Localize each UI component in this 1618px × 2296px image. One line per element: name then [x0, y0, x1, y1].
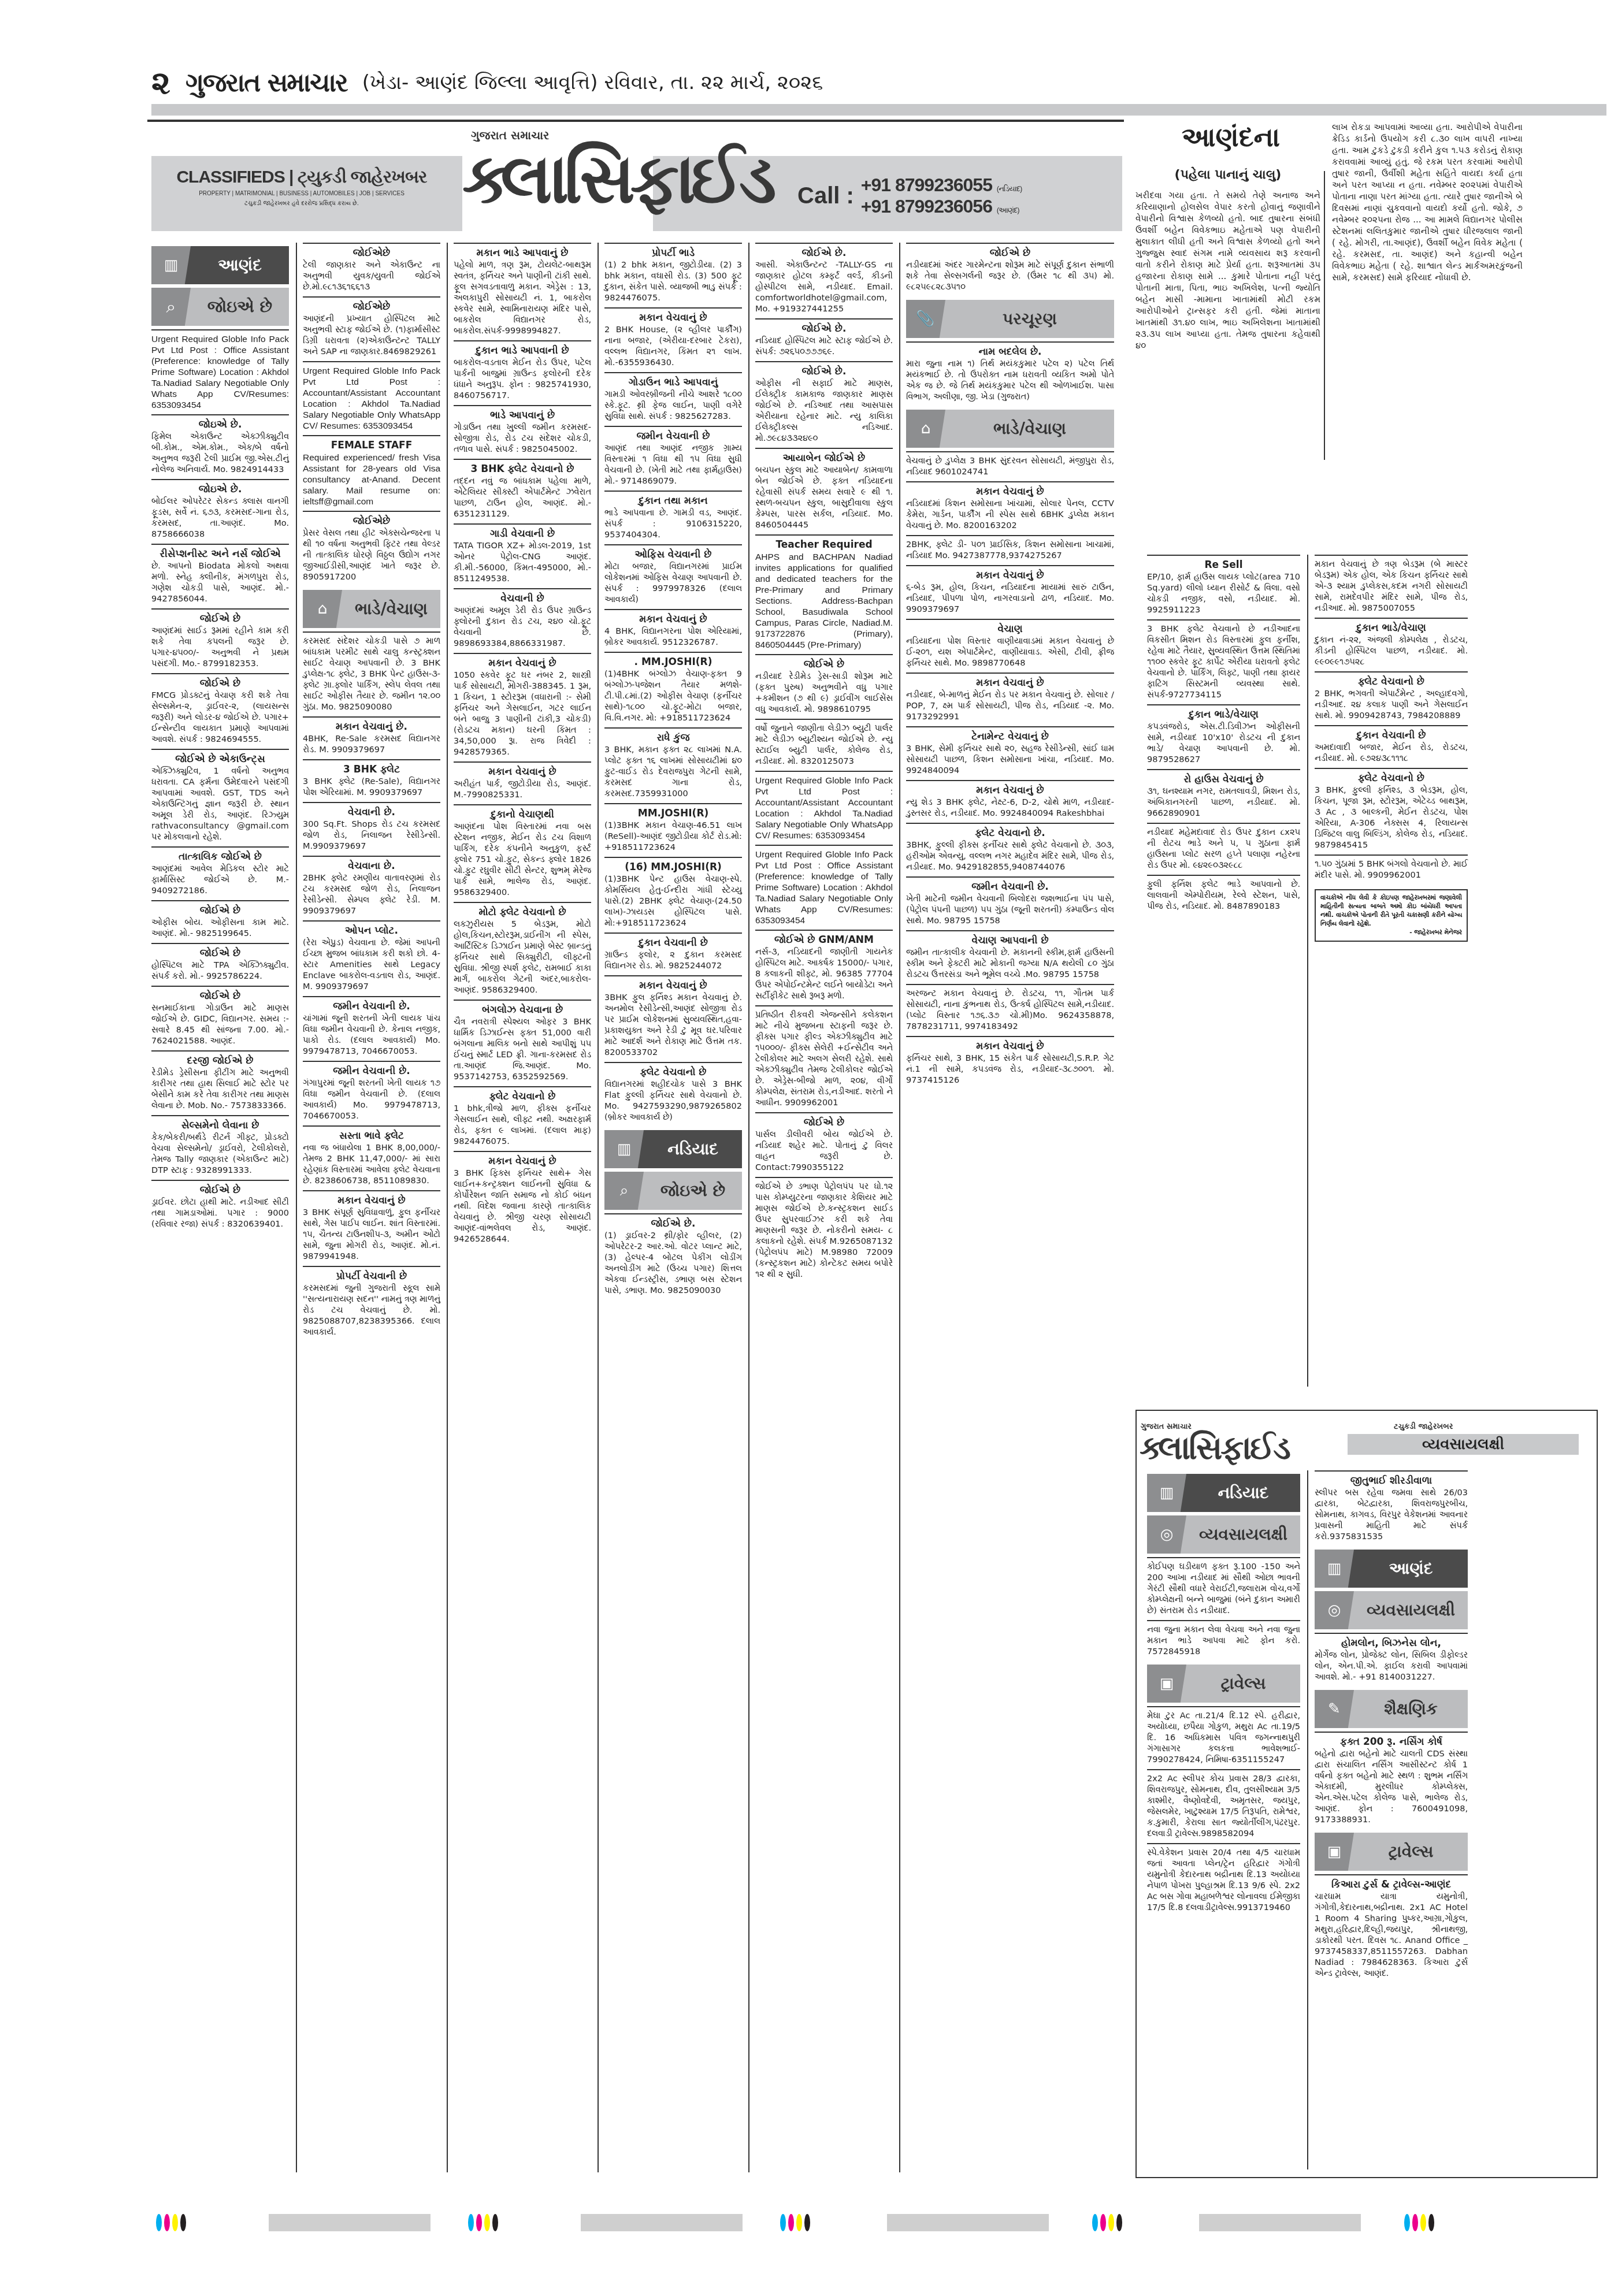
- classified-ad: જોઈએછેઆણંદની પ્રખ્યાત હોસ્પિટલ માટે અનુભ…: [303, 296, 440, 361]
- edition-date: (ખેડા- આણંદ જિલ્લા આવૃત્તિ) રવિવાર, તા. …: [362, 71, 823, 94]
- ad-title: Re Sell: [1147, 559, 1300, 571]
- ad-body: ગામડી ઓવરબ્રીજની નીચે આશરે ૧૮૦૦ સ્કે.ફૂટ…: [604, 389, 742, 422]
- ad-title: જોઇએ છે.: [151, 484, 289, 495]
- column-8: મકાન વેચવાનું છે ત્રણ બેડરૂમ (બે માસ્ટર …: [1315, 555, 1468, 942]
- ad-title: દુકાન વેચવાની છે: [604, 937, 742, 949]
- top-grey-bar-right: [1121, 104, 1606, 116]
- ad-body: ચાંગામાં જૂની શરતની ખેતી લાયક પાંચ વિઘા …: [303, 1013, 440, 1057]
- ad-body: આણંદમાં આવેલ મેડિકલ સ્ટોર માટે ફાર્માસિસ…: [151, 864, 289, 897]
- ad-body: ન્યુ શેડ 3 BHK ફ્લેટ, નેક્ષ્ટ-6, D-2, ચો…: [906, 797, 1114, 819]
- ad-body: ડ્રાઈવર. છોટા હાથી માટે. નડીઆદ સીટી તથા …: [151, 1197, 289, 1230]
- classified-ad: જમીન વેચવાની છે.ખેતી માટેની જમીન વેચવાની…: [906, 876, 1114, 930]
- mini-logo: ક્લાસિફાઈડ: [1140, 1429, 1289, 1467]
- ad-title: વેચાણ: [906, 623, 1114, 635]
- ad-body: આણંદની પ્રખ્યાત હોસ્પિટલ માટે અનુભવી સ્ટ…: [303, 314, 440, 358]
- ad-title: ફક્ત 200 રૂ. નર્સિંગ કોર્ષ: [1315, 1736, 1468, 1748]
- ad-title: જોઈએ છે: [151, 613, 289, 625]
- ad-body: TATA TIGOR XZ+ મોડલ-2019, 1st ઓનર પેટ્રો…: [454, 541, 591, 585]
- classified-ad: વેચવાની છે.300 Sq.Ft. Shops રોડ ટચ કરમસદ…: [303, 802, 440, 856]
- classified-ad: જમીન વેચવાની છે.ગંગાપુરમાં જૂની શરતની ખે…: [303, 1061, 440, 1125]
- ad-body: ફર્નિચર સાથે, 3 BHK, 15 સંકેત પાર્ક સોસા…: [906, 1053, 1114, 1086]
- column-rule: [447, 243, 448, 2172]
- ad-title: જોઈએ છે: [755, 1117, 893, 1128]
- phone-anand[interactable]: +91 8799236056 (આણંદ): [861, 196, 1022, 217]
- ad-body: નડિયાદ હોસ્પિટલ માટે સ્ટાફ જોઈએ છે. સંપર…: [755, 336, 893, 358]
- ad-title: મકાન વેચવાનું છે: [906, 785, 1114, 796]
- ad-title: જમીન વેચવાની છે.: [303, 1065, 440, 1077]
- classified-ad: નવા જુના મકાન લેવા વેચવા અને નવા જુના મક…: [1147, 1620, 1300, 1661]
- ad-body: 3 BHK, સેમી ફર્નિચર સાથે ૨૦, સહજ રેસીડેન…: [906, 744, 1114, 777]
- ad-body: આણંદમાં સાઈડ રૂમમાં રહીને કામ કરી શકે તે…: [151, 626, 289, 670]
- ad-title: રીસેપ્શનીસ્ટ અને નર્સ જોઈએ: [151, 548, 289, 560]
- classified-ad: આયાબેન જોઈએ છેબચપન સ્કુલ માટે આયાબેન/ કા…: [755, 448, 893, 534]
- ad-body: ૧.૫૦ ગુંઠામાં 5 BHK બંગલો વેચવાનો છે. મા…: [1315, 859, 1468, 881]
- section-anand: ▥આણંદ: [151, 246, 289, 284]
- ad-body: કેક/બેકરી/બર્થડે રીટર્ન ગીફ્ટ, પ્રોડક્ટો…: [151, 1132, 289, 1176]
- ad-body: નડીયાદ મહેમદાવાદ રોડ ઉપર દુકાન ૮x૨૫ ની ર…: [1147, 827, 1300, 871]
- ad-title: દુકાન વેચવાની છે: [1315, 730, 1468, 741]
- section-wanted: ⌕જોઇએ છે: [604, 1172, 742, 1210]
- ad-body: Urgent Required Globle Info Pack Pvt Ltd…: [755, 849, 893, 926]
- ad-body: મોર્ગેજ લોન, પ્રોજેક્ટ લોન, સિબિલ ડીફોલ્…: [1315, 1650, 1468, 1683]
- classified-ad: ટેનામેન્ટ વેચવાનું છે3 BHK, સેમી ફર્નિચર…: [906, 726, 1114, 780]
- classified-ad: જીતુભાઈ શીરડીવાળાસ્લીપર બસ રહેવા જમવા સા…: [1315, 1470, 1468, 1546]
- ad-body: જોઈએ છે ડભાણ પેટ્રોલપંપ પર ધો.૧૨ પાસ કોમ…: [755, 1182, 893, 1280]
- banner-left: CLASSIFIEDS | ટ્યુકડી જાહેરખબર PROPERTY …: [151, 168, 452, 207]
- classified-ad: કરમસદ સંદેશર ચોકડી પાસે ૭ માળ બાંધકામ પર…: [303, 631, 440, 716]
- print-registration-marks: [0, 2214, 1618, 2243]
- column-rule: [598, 243, 599, 2172]
- ad-title: વેચવાની છે: [454, 593, 591, 604]
- classified-ad: જોઈએ છે એકાઉન્ટ્સએક્ઝિક્યુટિવ, 1 વર્ષનો …: [151, 749, 289, 846]
- ad-body: (1)3BHK પેન્ટ હાઉસ વેચાણ-સ્પે. કોમર્સિયલ…: [604, 874, 742, 929]
- ad-title: FEMALE STAFF: [303, 440, 440, 451]
- ad-body: તદ્દન નવું જ બાંધકામ પહેલા માળે, એટેલિયર…: [454, 476, 591, 520]
- section-travels: ▣ટ્રાવેલ્સ: [1147, 1665, 1300, 1703]
- ad-body: ૩૧, ઘનશ્યામ નગર, રામતલાવડી, મિશન રોડ, અં…: [1147, 786, 1300, 819]
- ad-title: જીતુભાઈ શીરડીવાળા: [1315, 1475, 1468, 1487]
- ad-body: 1 bhk,ત્રીજો માળ, ફીક્સ ફર્નીચર ગેસલાઈન …: [454, 1104, 591, 1147]
- ad-title: . MM.JOSHI(R): [604, 656, 742, 668]
- buildings-icon: ▥: [164, 257, 179, 274]
- classified-ad: મેઘા ટુર Ac તા.21/4 દિ.12 સ્પે. હરીદ્વાર…: [1147, 1706, 1300, 1769]
- ad-body: આણંદમાં અમૂલ ડેરી રોડ ઉપર ગ્રાઉન્ડ ફ્લોર…: [454, 605, 591, 649]
- ad-body: 2BHK ફ્લેટ રમણીય વાતાવરણમાં રોડ ટચ કરમસદ…: [303, 873, 440, 917]
- classified-ad: જોઈએ છે.ઓફીસ ની સફાઈ માટે માણસ, ઈલેક્ટ્ર…: [755, 361, 893, 448]
- ad-body: સ્પે.વેકેશન પ્રવાસ 20/4 તથા 4/5 ચારધામ જ…: [1147, 1848, 1300, 1914]
- classified-ad: ગાડી વેચવાની છેTATA TIGOR XZ+ મોડલ-2019,…: [454, 523, 591, 588]
- story-divider: [1324, 171, 1325, 460]
- ad-body: Urgent Required Globle Info Pack Pvt Ltd…: [303, 366, 440, 432]
- coins-icon: ◎: [1328, 1602, 1341, 1619]
- classified-ad: 3 BHK ફ્લેટ વેચવાનો છેતદ્દન નવું જ બાંધક…: [454, 459, 591, 523]
- classified-ad: અરજન્ટ મકાન વેચવાનું છે. રોડટચ, ૧૧, ગૌતમ…: [906, 984, 1114, 1036]
- ad-body: 4 BHK, વિદ્યાનગરના પોશ એરિયામાં, બ્રોકર …: [604, 626, 742, 648]
- ad-body: પહેલો માળ, ત્રણ રૂમ, ટોયલેટ-બાથરૂમ સ્વતં…: [454, 260, 591, 337]
- classified-ad: જમીન વેચવાની છેઆણંદ તથા આણંદ નજીક ગ્રામ્…: [604, 426, 742, 491]
- phone-nadiad[interactable]: +91 8799236055 (નડિયાદ): [861, 174, 1022, 196]
- story-col-1: ખરીદવા ગયા હતા. તે સમયે તેણે અનાજ અને કર…: [1135, 190, 1320, 351]
- section-anand: ▥આણંદ: [1315, 1550, 1468, 1588]
- classified-ad: પ્રોપર્ટી ભાડે(1) 2 bhk મકાન, જીટોડીયા. …: [604, 243, 742, 307]
- classified-ad: દુકાન ભાડે/વેચાણકપડવંજરોડ, એસ.ટી.ડિવીઝન …: [1147, 704, 1300, 769]
- ad-body: ખેતી માટેની જમીન વેચવાની બિલોદરા જશભાઈના…: [906, 894, 1114, 927]
- ad-title: જોઈએ છે: [151, 990, 289, 1002]
- classified-ad: ભાડે આપવાનું છેગોડાઉન તથા ખુલ્લી જમીન કર…: [454, 405, 591, 459]
- ad-body: કપડવંજરોડ, એસ.ટી.ડિવીઝન ઓફીસની સામે, નડી…: [1147, 722, 1300, 766]
- ad-body: ગંગાપુરમાં જૂની શરતની ખેતી લાયક ૧૭ વિઘા …: [303, 1078, 440, 1122]
- ad-body: નડીયાદ રેડીમેડ ડ્રેસ-સાડી શોરૂમ માટે (ફક…: [755, 671, 893, 715]
- ad-body: પ્રતિષ્ઠીત રીકવરી એજન્સીને કલેકશન માટે ન…: [755, 1010, 893, 1109]
- disclaimer-text: વાચકોએ નોંધ લેવી કે કોઇપણ જાહેરખબરમાં જણ…: [1320, 894, 1462, 928]
- ad-body: સનમાઈકાના ગોડાઉન માટે માણસ જોઈએ છે. GIDC…: [151, 1003, 289, 1047]
- classified-ad: મકાન વેચવાનું છે4 BHK, વિદ્યાનગરના પોશ એ…: [604, 609, 742, 652]
- ad-title: જોઈએ છે: [151, 1184, 289, 1196]
- ad-title: મકાન વેચવાનું છે: [906, 677, 1114, 689]
- ad-title: સસ્તા ભાવે ફ્લેટ: [303, 1130, 440, 1142]
- classified-ad: દુકાન ભાડે/વેચાણદુકાન નં-૨૨, અંજલી કોમ્પ…: [1315, 618, 1468, 671]
- ad-title: મકાન વેચવાનું છે: [303, 1195, 440, 1206]
- ad-body: જમીન તાત્કાલીક વેચવાની છે. મકાનની સ્કીમ,…: [906, 948, 1114, 980]
- classified-ad: નામ બદલેલ છે.મારા જુના નામ ૧) તિર્થ મયંક…: [906, 341, 1114, 406]
- ad-title: દુકાનો વેચાણથી: [454, 809, 591, 820]
- classifieds-logo: ક્લાસિફાઈડ: [462, 144, 653, 213]
- ad-body: મોટા બજાર, વિદ્યાનગરમાં પ્રાઈમ લોકેશનમાં…: [604, 562, 742, 605]
- ad-body: લક્ઝુરીયસ 5 બેડરૂમ, મોટો હોલ,કિચન,સ્ટોરર…: [454, 919, 591, 996]
- classified-ad: જોઈએ છેડ્રાઈવર. છોટા હાથી માટે. નડીઆદ સી…: [151, 1180, 289, 1234]
- ad-body: બાકરોલ-વડતાલ મેઈન રોડ ઉપર, પટેલ પાર્કની …: [454, 358, 591, 402]
- ad-body: અમદાવાદી બજાર, મેઈન રોડ, રોડટચ, નડીયાદ. …: [1315, 742, 1468, 764]
- classified-ad: મકાન વેચવાનું છેઅરીહંત પાર્ક, જીટોડીયા ર…: [454, 761, 591, 804]
- classified-ad: 2x2 Ac સ્લીપર કોચ પ્રવાસ 28/3 દ્વારકા, શ…: [1147, 1769, 1300, 1843]
- ad-body: નવા જ બંધાયેલા 1 BHK 8,00,000/- તેમજ 2 B…: [303, 1143, 440, 1187]
- ad-body: પ્રેસર વેસલ તથા હીટ એક્સચેન્જરના ૫ થી ૧૦…: [303, 528, 440, 583]
- ad-body: ટેલી જાણકાર અને એકાઉન્ટ ના અનુભવી યુવક/ય…: [303, 260, 440, 293]
- column-4: પ્રોપર્ટી ભાડે(1) 2 bhk મકાન, જીટોડીયા. …: [604, 243, 742, 1300]
- classified-ad: ઓફિસ વેચવાની છેમોટા બજાર, વિદ્યાનગરમાં પ…: [604, 544, 742, 609]
- ad-body: (1)3BHK મકાન વેચાણ-46.51 લાખ (ReSell)-આણ…: [604, 820, 742, 853]
- ad-title: જમીન વેચવાની છે: [604, 430, 742, 442]
- cmyk-marks: [1404, 2214, 1434, 2231]
- ad-body: નર્સ-૩, નડિયાદની જાણીતી ગાયનેક હોસ્પિટલ …: [755, 947, 893, 1002]
- ad-title: જોઈએ છે: [906, 247, 1114, 259]
- classified-ad: તાત્કાલિક જોઈએ છેઆણંદમાં આવેલ મેડિકલ સ્ટ…: [151, 846, 289, 900]
- classified-ad: . MM.JOSHI(R)(1)4BHK બંગ્લોઝ વેચાણ-ફક્ત …: [604, 652, 742, 727]
- ad-body: ગોડાઉન તથા ખુલ્લી જમીન કરમસદ-સોજીત્રા રો…: [454, 422, 591, 455]
- ad-title: ટેનામેન્ટ વેચવાનું છે: [906, 731, 1114, 742]
- ad-title: 3 BHK ફ્લેટ: [303, 764, 440, 775]
- ad-body: દુકાન નં-૨૨, અંજલી કોમ્પલેક્ષ , રોડટચ, ક…: [1315, 635, 1468, 668]
- classified-ad: Teacher RequiredAHPS and BACHPAN Nadiad …: [755, 534, 893, 654]
- classified-ad: સેલ્સમેનો લેવાના છેકેક/બેકરી/બર્થડે રીટર…: [151, 1115, 289, 1180]
- ad-body: ભાડે આપવાના છે. ગામડી વડ, આણંદ. સંપર્ક :…: [604, 508, 742, 541]
- cmyk-marks: [1092, 2214, 1122, 2231]
- ad-body: ફુલી ફર્નિશ ફલેટ ભાડે આપવાનો છે. લાલવાની…: [1147, 879, 1300, 912]
- ad-title: ઓપન પ્લોટ.: [303, 925, 440, 937]
- column-9: ▥નડિયાદ◎વ્યવસાયલક્ષીકોઈપણ ઘડીયાળ ફક્ત રૂ…: [1147, 1470, 1300, 1917]
- classified-ad: જોઈએ છેFMCG પ્રોડક્ટનું વેચાણ કરી શકે તે…: [151, 673, 289, 749]
- column-7: Re SellEP/10, ફાર્મ હાઉસ લાયક પ્લોટ(area…: [1147, 555, 1300, 916]
- ad-body: ફિમેલ એકાઉન્ટ એક્ઝીક્યુટીવ બી.કોમ., એમ.ક…: [151, 432, 289, 475]
- classified-ad: 2BHK, ફ્લેટ ડી- ૫૦૧ પ્રાઈસિક, કિશન સમોસા…: [906, 535, 1114, 565]
- column-6: જોઈએ છેનડીયાદમાં અંદર ગારમેન્ટના શોરૂમ મ…: [906, 243, 1114, 1090]
- banner-title: CLASSIFIEDS | ટ્યુકડી જાહેરખબર: [151, 168, 452, 187]
- ad-body: નડીયાદ, બે-માળનું મેઈન રોડ પર મકાન વેચવા…: [906, 690, 1114, 723]
- classified-ad: ફુલી ફર્નિશ ફલેટ ભાડે આપવાનો છે. લાલવાની…: [1147, 875, 1300, 916]
- ad-title: ફ્લેટ વેચવાનો છે: [454, 1091, 591, 1102]
- ad-body: FMCG પ્રોડક્ટનું વેચાણ કરી શકે તેવા સેલ્…: [151, 690, 289, 745]
- column-5: જોઈએ છે.આસી. એકાઉન્ટન્ટ -TALLY-GS ના જાણ…: [755, 243, 893, 1284]
- ad-body: 3BHK ફુલ ફર્નિશ્ડ મકાન વેચવાનું છે. અનમો…: [604, 993, 742, 1058]
- ad-body: હોસ્પિટલ માટે TPA એક્ઝિક્યુટીવ. સંપર્ક ક…: [151, 960, 289, 982]
- ad-body: પાર્સલ ડીલીવરી બોય જોઈએ છે. નડિયાદ શહેર …: [755, 1130, 893, 1173]
- cmyk-marks: [780, 2214, 810, 2231]
- classified-ad: મકાન વેચવાનું છેન્યુ શેડ 3 BHK ફ્લેટ, ને…: [906, 780, 1114, 823]
- ad-body: મારા જુના નામ ૧) તિર્થ મયંકકુમાર પટેલ ૨)…: [906, 359, 1114, 403]
- ad-title: આયાબેન જોઈએ છે: [755, 452, 893, 464]
- classified-ad: જોઈએ છે ડભાણ પેટ્રોલપંપ પર ધો.૧૨ પાસ કોમ…: [755, 1177, 893, 1284]
- mini-tagline: ટચુકડી જાહેરખબર: [1394, 1422, 1453, 1431]
- ad-body: 3 BHK ફ્લેટ (Re-Sale), વિદ્યાનગર પોશ એરિ…: [303, 777, 440, 798]
- ad-title: જોઈએછે: [303, 515, 440, 527]
- ad-body: અરજન્ટ મકાન વેચવાનું છે. રોડટચ, ૧૧, ગૌતમ…: [906, 989, 1114, 1032]
- ad-title: જોઈએ છે: [151, 905, 289, 916]
- mini-classifieds-banner: ગુજરાત સમાચાર ક્લાસિફાઈડ ટચુકડી જાહેરખબર…: [1140, 1422, 1579, 1463]
- ad-body: 2 BHK House, (૨ વ્હીલર પાર્કીંગ) નાના બજ…: [604, 325, 742, 369]
- classified-ad: ફ્લેટ વેચવાનો છે2 BHK, ભગવતી એપાર્ટમેન્ટ…: [1315, 671, 1468, 725]
- ad-body: 3BHK, ફુલ્લી ફીક્સ ફર્નીચર સાથે ફ્લેટ વે…: [906, 840, 1114, 873]
- classified-ad: મકાન વેચવાનું છેનડિયાદમાં કિશન સમોસાના ખ…: [906, 481, 1114, 535]
- story-headline: આણંદના: [1170, 121, 1292, 154]
- classified-ad: જોઈએછેપ્રેસર વેસલ તથા હીટ એક્સચેન્જરના ૫…: [303, 511, 440, 586]
- classified-ad: Urgent Required Globle Info Pack Pvt Ltd…: [303, 361, 440, 435]
- classified-ad: ફક્ત 200 રૂ. નર્સિંગ કોર્ષબહેનો દ્વારા બ…: [1315, 1732, 1468, 1829]
- classified-ad: કોઈપણ ઘડીયાળ ફક્ત રૂ.100 -150 અને 200 આખ…: [1147, 1557, 1300, 1620]
- call-label: Call :: [797, 183, 854, 209]
- ad-body: એક્ઝિક્યુટિવ, 1 વર્ષનો અનુભવ ધરાવતા. CA …: [151, 766, 289, 843]
- column-2: જોઈએછેટેલી જાણકાર અને એકાઉન્ટ ના અનુભવી …: [303, 243, 440, 1342]
- classified-ad: ઓપન પ્લોટ.(રેરા એપ્રુડ) વેચવાના છે. જેમા…: [303, 920, 440, 996]
- classified-ad: જોઈએ છે.આસી. એકાઉન્ટન્ટ -TALLY-GS ના જાણ…: [755, 243, 893, 318]
- magnifier-icon: ⌕: [620, 1182, 629, 1200]
- classified-ad: 3 BHK ફ્લેટ3 BHK ફ્લેટ (Re-Sale), વિદ્યા…: [303, 759, 440, 802]
- classified-ad: 3 BHK ફલેટ વેચવાનો છે નડીઆદના વિકસીત મિશ…: [1147, 619, 1300, 704]
- ad-title: ફ્લેટ વેચવાનો છે: [1315, 772, 1468, 784]
- section-nadiad: ▥નડિયાદ: [604, 1130, 742, 1168]
- classified-ad: જોઈએ છે.(1) ડ્રાઈવર-2 થ્રી/ફોર વ્હીલર, (…: [604, 1213, 742, 1300]
- classified-ad: રીસેપ્શનીસ્ટ અને નર્સ જોઈએછે. આપનો Bioda…: [151, 544, 289, 608]
- ad-title: મોટો ફ્લેટ વેચવાનો છે: [454, 906, 591, 918]
- classified-ad: જમીન વેચવાની છે.ચાંગામાં જૂની શરતની ખેતી…: [303, 996, 440, 1061]
- ad-body: કરમસદમાં જુની ગુજરાતી સ્કૂલ સામે ''સત્યન…: [303, 1283, 440, 1338]
- ad-body: ઓફીસ ની સફાઈ માટે માણસ, ઈલેક્ટ્રીક કામકા…: [755, 378, 893, 444]
- paperclip-icon: 📎: [916, 310, 935, 328]
- ad-body: નવા જુના મકાન લેવા વેચવા અને નવા જુના મક…: [1147, 1625, 1300, 1658]
- classified-ad: ફ્લેટ વેચવાનો છે1 bhk,ત્રીજો માળ, ફીક્સ …: [454, 1086, 591, 1151]
- column-rule: [899, 243, 900, 2172]
- classified-ad: વેચાણ આપવાની છેજમીન તાત્કાલીક વેચવાની છે…: [906, 930, 1114, 984]
- buildings-icon: ▥: [1160, 1484, 1174, 1502]
- ad-body: AHPS and BACHPAN Nadiad invites applicat…: [755, 552, 893, 651]
- ad-title: બંગલોઝ વેચવાના છે: [454, 1004, 591, 1016]
- ad-title: (16) MM.JOSHI(R): [604, 861, 742, 873]
- classified-ad: વર્ષો જુનાને જાણીતા લેડીઝ બ્યુટી પાર્લર …: [755, 719, 893, 771]
- ad-body: 300 Sq.Ft. Shops રોડ ટચ કરમસદ જોળ રોડ, ન…: [303, 819, 440, 852]
- classified-ad: દુકાન ભાડે આપવાની છેબાકરોલ-વડતાલ મેઈન રો…: [454, 340, 591, 405]
- ad-title: વેચાણ આપવાની છે: [906, 935, 1114, 946]
- bus-icon: ▣: [1160, 1675, 1174, 1692]
- ad-title: ભાડે આપવાનું છે: [454, 410, 591, 421]
- classified-ad: મકાન વેચવાનું છે.4BHK, Re-Sale કરમસદ વિદ…: [303, 716, 440, 759]
- classified-ad: દુકાન વેચવાની છેઅમદાવાદી બજાર, મેઈન રોડ,…: [1315, 725, 1468, 768]
- ad-body: કોઈપણ ઘડીયાળ ફક્ત રૂ.100 -150 અને 200 આખ…: [1147, 1562, 1300, 1617]
- ad-title: જોઈએછે: [303, 301, 440, 313]
- classified-ad: મોટો ફ્લેટ વેચવાનો છેલક્ઝુરીયસ 5 બેડરૂમ,…: [454, 902, 591, 1000]
- ad-body: સ્લીપર બસ રહેવા જમવા સાથે 26/03 દ્વારકા,…: [1315, 1488, 1468, 1543]
- classified-ad: મકાન વેચવાનું છે3 BHK સંપૂર્ણ સુવિધાવાળુ…: [303, 1190, 440, 1266]
- ad-title: ગાડી વેચવાની છે: [454, 528, 591, 540]
- ad-title: કિઆરા ટુર્સ & ટ્રાવેલ્સ-આણંદ: [1315, 1879, 1468, 1890]
- ad-title: દુકાન ભાડે/વેચાણ: [1315, 622, 1468, 634]
- grey-swatch: [1199, 2214, 1361, 2231]
- ad-body: કરમસદ સંદેશર ચોકડી પાસે ૭ માળ બાંધકામ પર…: [303, 636, 440, 713]
- ad-title: મકાન વેચવાનું છે: [604, 980, 742, 991]
- ad-title: જમીન વેચવાની છે.: [906, 881, 1114, 893]
- ad-body: (રેરા એપ્રુડ) વેચવાના છે. જેમાં આપની ઈચ્…: [303, 938, 440, 993]
- column-rule: [296, 243, 297, 2172]
- ad-title: તાત્કાલિક જોઈએ છે: [151, 851, 289, 863]
- section-business: ◎વ્યવસાયલક્ષી: [1315, 1591, 1468, 1629]
- column-10: જીતુભાઈ શીરડીવાળાસ્લીપર બસ રહેવા જમવા સા…: [1315, 1470, 1468, 1983]
- book-pencil-icon: ✎: [1328, 1700, 1341, 1718]
- ad-title: મકાન વેચવાનું છે: [454, 657, 591, 669]
- classified-ad: જોઈએ છેપાર્સલ ડીલીવરી બોય જોઈએ છે. નડિયા…: [755, 1112, 893, 1177]
- newspaper-name: ગુજરાત સમાચાર: [185, 68, 347, 98]
- call-block: Call : +91 8799236055 (નડિયાદ) +91 87992…: [797, 174, 1022, 217]
- ad-body: નડીયાદમાં અંદર ગારમેન્ટના શોરૂમ માટે સંપ…: [906, 260, 1114, 293]
- ad-title: ગોડાઉન ભાડે આપવાનું: [604, 377, 742, 388]
- ad-body: ઓફીસ બોય. ઓફીસના કામ માટે. આણંદ. મો.- 98…: [151, 917, 289, 939]
- ad-body: Urgent Required Globle Info Pack Pvt Ltd…: [755, 775, 893, 841]
- ad-title: મકાન વેચવાનું છે: [906, 570, 1114, 581]
- column-3: મકાન ભાડે આપવાનું છેપહેલો માળ, ત્રણ રૂમ,…: [454, 243, 591, 1249]
- section-rent-sale: ⌂ભાડે/વેચાણ: [906, 410, 1114, 448]
- section-travels: ▣ટ્રાવેલ્સ: [1315, 1833, 1468, 1871]
- ad-body: વિદ્યાનગરમાં શહીદચોક પાસે 3 BHK Flat ફુલ…: [604, 1079, 742, 1123]
- ad-title: મકાન વેચવાનું છે: [604, 614, 742, 625]
- ad-body: આણંદના પોશ વિસ્તારમાં નવા બસ સ્ટેશન નજીક…: [454, 822, 591, 898]
- ad-body: અરીહંત પાર્ક, જીટોડીયા રોડ, આણંદ. M.-799…: [454, 779, 591, 801]
- classified-ad: દરજી જોઈએ છેરેડીમેડ ડ્રેસીસના ફીટીંગ માટ…: [151, 1050, 289, 1115]
- ad-title: રાધે કુંજ: [604, 732, 742, 744]
- ad-body: (1) ડ્રાઈવર-2 થ્રી/ફોર વ્હીલર, (2) ઓપરેટ…: [604, 1231, 742, 1296]
- ad-body: 4BHK, Re-Sale કરમસદ વિદ્યાનગર રોડ. M. 99…: [303, 734, 440, 756]
- classified-ad: મકાન વેચવાનું છેફર્નિચર સાથે, 3 BHK, 15 …: [906, 1036, 1114, 1090]
- cmyk-marks: [156, 2214, 186, 2231]
- ad-title: રો હાઉસ વેચવાનું છે: [1147, 774, 1300, 785]
- classified-ad: FEMALE STAFFRequired experienced/ fresh …: [303, 435, 440, 511]
- classified-ad: જોઈએ છે.નડિયાદ હોસ્પિટલ માટે સ્ટાફ જોઈએ …: [755, 318, 893, 361]
- ad-body: EP/10, ફાર્મ હાઉસ લાયક પ્લોટ(area 710 Sq…: [1147, 572, 1300, 616]
- ad-body: વર્ષો જુનાને જાણીતા લેડીઝ બ્યુટી પાર્લર …: [755, 723, 893, 767]
- cmyk-marks: [468, 2214, 498, 2231]
- ad-body: 3 BHK, ફુલ્લી ફર્નિશ્ડ, ૩ બેડરૂમ, હોલ, ક…: [1315, 785, 1468, 851]
- ad-title: મકાન વેચવાનું છે: [454, 766, 591, 778]
- magnifier-icon: ⌕: [166, 297, 176, 317]
- page-number: ૨: [151, 64, 170, 102]
- ad-body: બચપન સ્કુલ માટે આયાબેન/ કામવાળા બેન જોઈએ…: [755, 465, 893, 531]
- column-rule: [1307, 555, 1308, 1387]
- classified-ad: મકાન વેચવાનું છેનડીયાદ, બે-માળનું મેઈન ર…: [906, 673, 1114, 726]
- ad-body: 3 BHK ફલેટ વેચવાનો છે નડીઆદના વિકસીત મિશ…: [1147, 624, 1300, 701]
- classified-ad: દુકાનો વેચાણથીઆણંદના પોશ વિસ્તારમાં નવા …: [454, 804, 591, 902]
- ad-title: જોઈએ છે.: [604, 1218, 742, 1229]
- classified-ad: ફ્લેટ વેચવાનો છેવિદ્યાનગરમાં શહીદચોક પાસ…: [604, 1062, 742, 1127]
- ad-title: મકાન વેચવાનું છે: [906, 1041, 1114, 1052]
- classified-ad: મકાન વેચવાનું છે3BHK ફુલ ફર્નિશ્ડ મકાન વ…: [604, 975, 742, 1062]
- classified-ad: Urgent Required Globle Info Pack Pvt Ltd…: [151, 329, 289, 414]
- ad-title: સેલ્સમેનો લેવાના છે: [151, 1120, 289, 1131]
- ad-body: (1) 2 bhk મકાન, જીટોડીયા. (2) 3 bhk મકાન…: [604, 260, 742, 304]
- classified-ad: વેચવાના છે.2BHK ફ્લેટ રમણીય વાતાવરણમાં ર…: [303, 856, 440, 920]
- classified-ad: MM.JOSHI(R)(1)3BHK મકાન વેચાણ-46.51 લાખ …: [604, 803, 742, 857]
- ad-title: નામ બદલેલ છે.: [906, 346, 1114, 358]
- ad-title: ફ્લેટ વેચવાનો છે: [1315, 676, 1468, 688]
- ad-body: Required experienced/ fresh Visa Assista…: [303, 452, 440, 507]
- classified-ad: પ્રોપર્ટી વેચવાની છેકરમસદમાં જુની ગુજરાત…: [303, 1266, 440, 1342]
- classified-ad: બંગલોઝ વેચવાના છેચૈત્ર નવરાત્રી સ્પેશ્યલ…: [454, 1000, 591, 1086]
- buildings-icon: ▥: [1327, 1560, 1342, 1577]
- classified-ad: સ્પે.વેકેશન પ્રવાસ 20/4 તથા 4/5 ચારધામ જ…: [1147, 1843, 1300, 1917]
- ad-body: ગ્રાઉન્ડ ફલોર, ૨ દુકાન કરમસદ વિદ્યાનગર ર…: [604, 950, 742, 972]
- ad-title: જોઈએ છે.: [755, 247, 893, 259]
- classified-ad: મકાન ભાડે આપવાનું છેપહેલો માળ, ત્રણ રૂમ,…: [454, 243, 591, 340]
- ad-title: મકાન વેચવાનું છે: [906, 486, 1114, 497]
- story-col-2: લાખ રોકડા આપવામાં આવ્યા હતા. આરોપીએ વેપા…: [1332, 121, 1523, 283]
- classified-ad: ફ્લેટ વેચવાનો છે3 BHK, ફુલ્લી ફર્નિશ્ડ, …: [1315, 768, 1468, 855]
- classified-ad: નડીયાદ મહેમદાવાદ રોડ ઉપર દુકાન ૮x૨૫ ની ર…: [1147, 823, 1300, 875]
- ad-title: જોઈએ છે: [755, 659, 893, 670]
- ad-title: દુકાન તથા મકાન: [604, 495, 742, 507]
- ad-body: મેઘા ટુર Ac તા.21/4 દિ.12 સ્પે. હરીદ્વાર…: [1147, 1711, 1300, 1766]
- section-wanted: ⌕જોઇએ છે: [151, 288, 289, 326]
- ad-body: રેડીમેડ ડ્રેસીસના ફીટીંગ માટે અનુભવી કાર…: [151, 1068, 289, 1112]
- banner-note: ટચુકડી જાહેરખબર હવે દરરોજ પ્રસિદ્ધ કરાય …: [151, 200, 452, 207]
- column-rule: [748, 243, 749, 2172]
- ad-title: ફ્લેટ વેચવાનો છે.: [906, 827, 1114, 839]
- masthead-rule: [147, 120, 1124, 122]
- classified-ad: દુકાન તથા મકાનભાડે આપવાના છે. ગામડી વડ, …: [604, 491, 742, 544]
- ad-body: (1)4BHK બંગ્લોઝ વેચાણ-ફક્ત 9 બંગ્લોઝ-પજે…: [604, 669, 742, 724]
- ad-title: મકાન ભાડે આપવાનું છે: [454, 247, 591, 259]
- buildings-icon: ▥: [617, 1140, 632, 1158]
- classified-ad: મકાન વેચવાનું છે૬-બેડ રૂમ, હોલ, કિચન, નડ…: [906, 565, 1114, 619]
- ad-body: 2BHK, ફ્લેટ ડી- ૫૦૧ પ્રાઈસિક, કિશન સમોસા…: [906, 540, 1114, 562]
- ad-title: દુકાન ભાડે/વેચાણ: [1147, 709, 1300, 720]
- section-rent-sale: ⌂ભાડે/વેચાણ: [303, 590, 440, 628]
- ad-title: જોઈએ છે.: [755, 366, 893, 377]
- house-icon: ⌂: [921, 420, 931, 437]
- classified-ad: જોઈએછેટેલી જાણકાર અને એકાઉન્ટ ના અનુભવી …: [303, 243, 440, 296]
- ad-title: પ્રોપર્ટી ભાડે: [604, 247, 742, 259]
- classified-ad: વેચવાનું છે ડુપ્લેક્ષ 3 BHK સુંદરવન સોસા…: [906, 451, 1114, 481]
- disclaimer-sign: - જાહેરખબર મેનેજર: [1320, 928, 1462, 937]
- classified-ad: વેચવાની છેઆણંદમાં અમૂલ ડેરી રોડ ઉપર ગ્રા…: [454, 588, 591, 653]
- ad-body: 2x2 Ac સ્લીપર કોચ પ્રવાસ 28/3 દ્વારકા, શ…: [1147, 1774, 1300, 1840]
- ad-body: આસી. એકાઉન્ટન્ટ -TALLY-GS ના જાણકાર હોટલ…: [755, 260, 893, 315]
- ad-body: 3 BHK, મકાન ફક્ત ૨૮ લાખમાં N.A. પ્લોટ ફક…: [604, 745, 742, 800]
- ad-body: મકાન વેચવાનું છે ત્રણ બેડરૂમ (બે માસ્ટર …: [1315, 559, 1468, 614]
